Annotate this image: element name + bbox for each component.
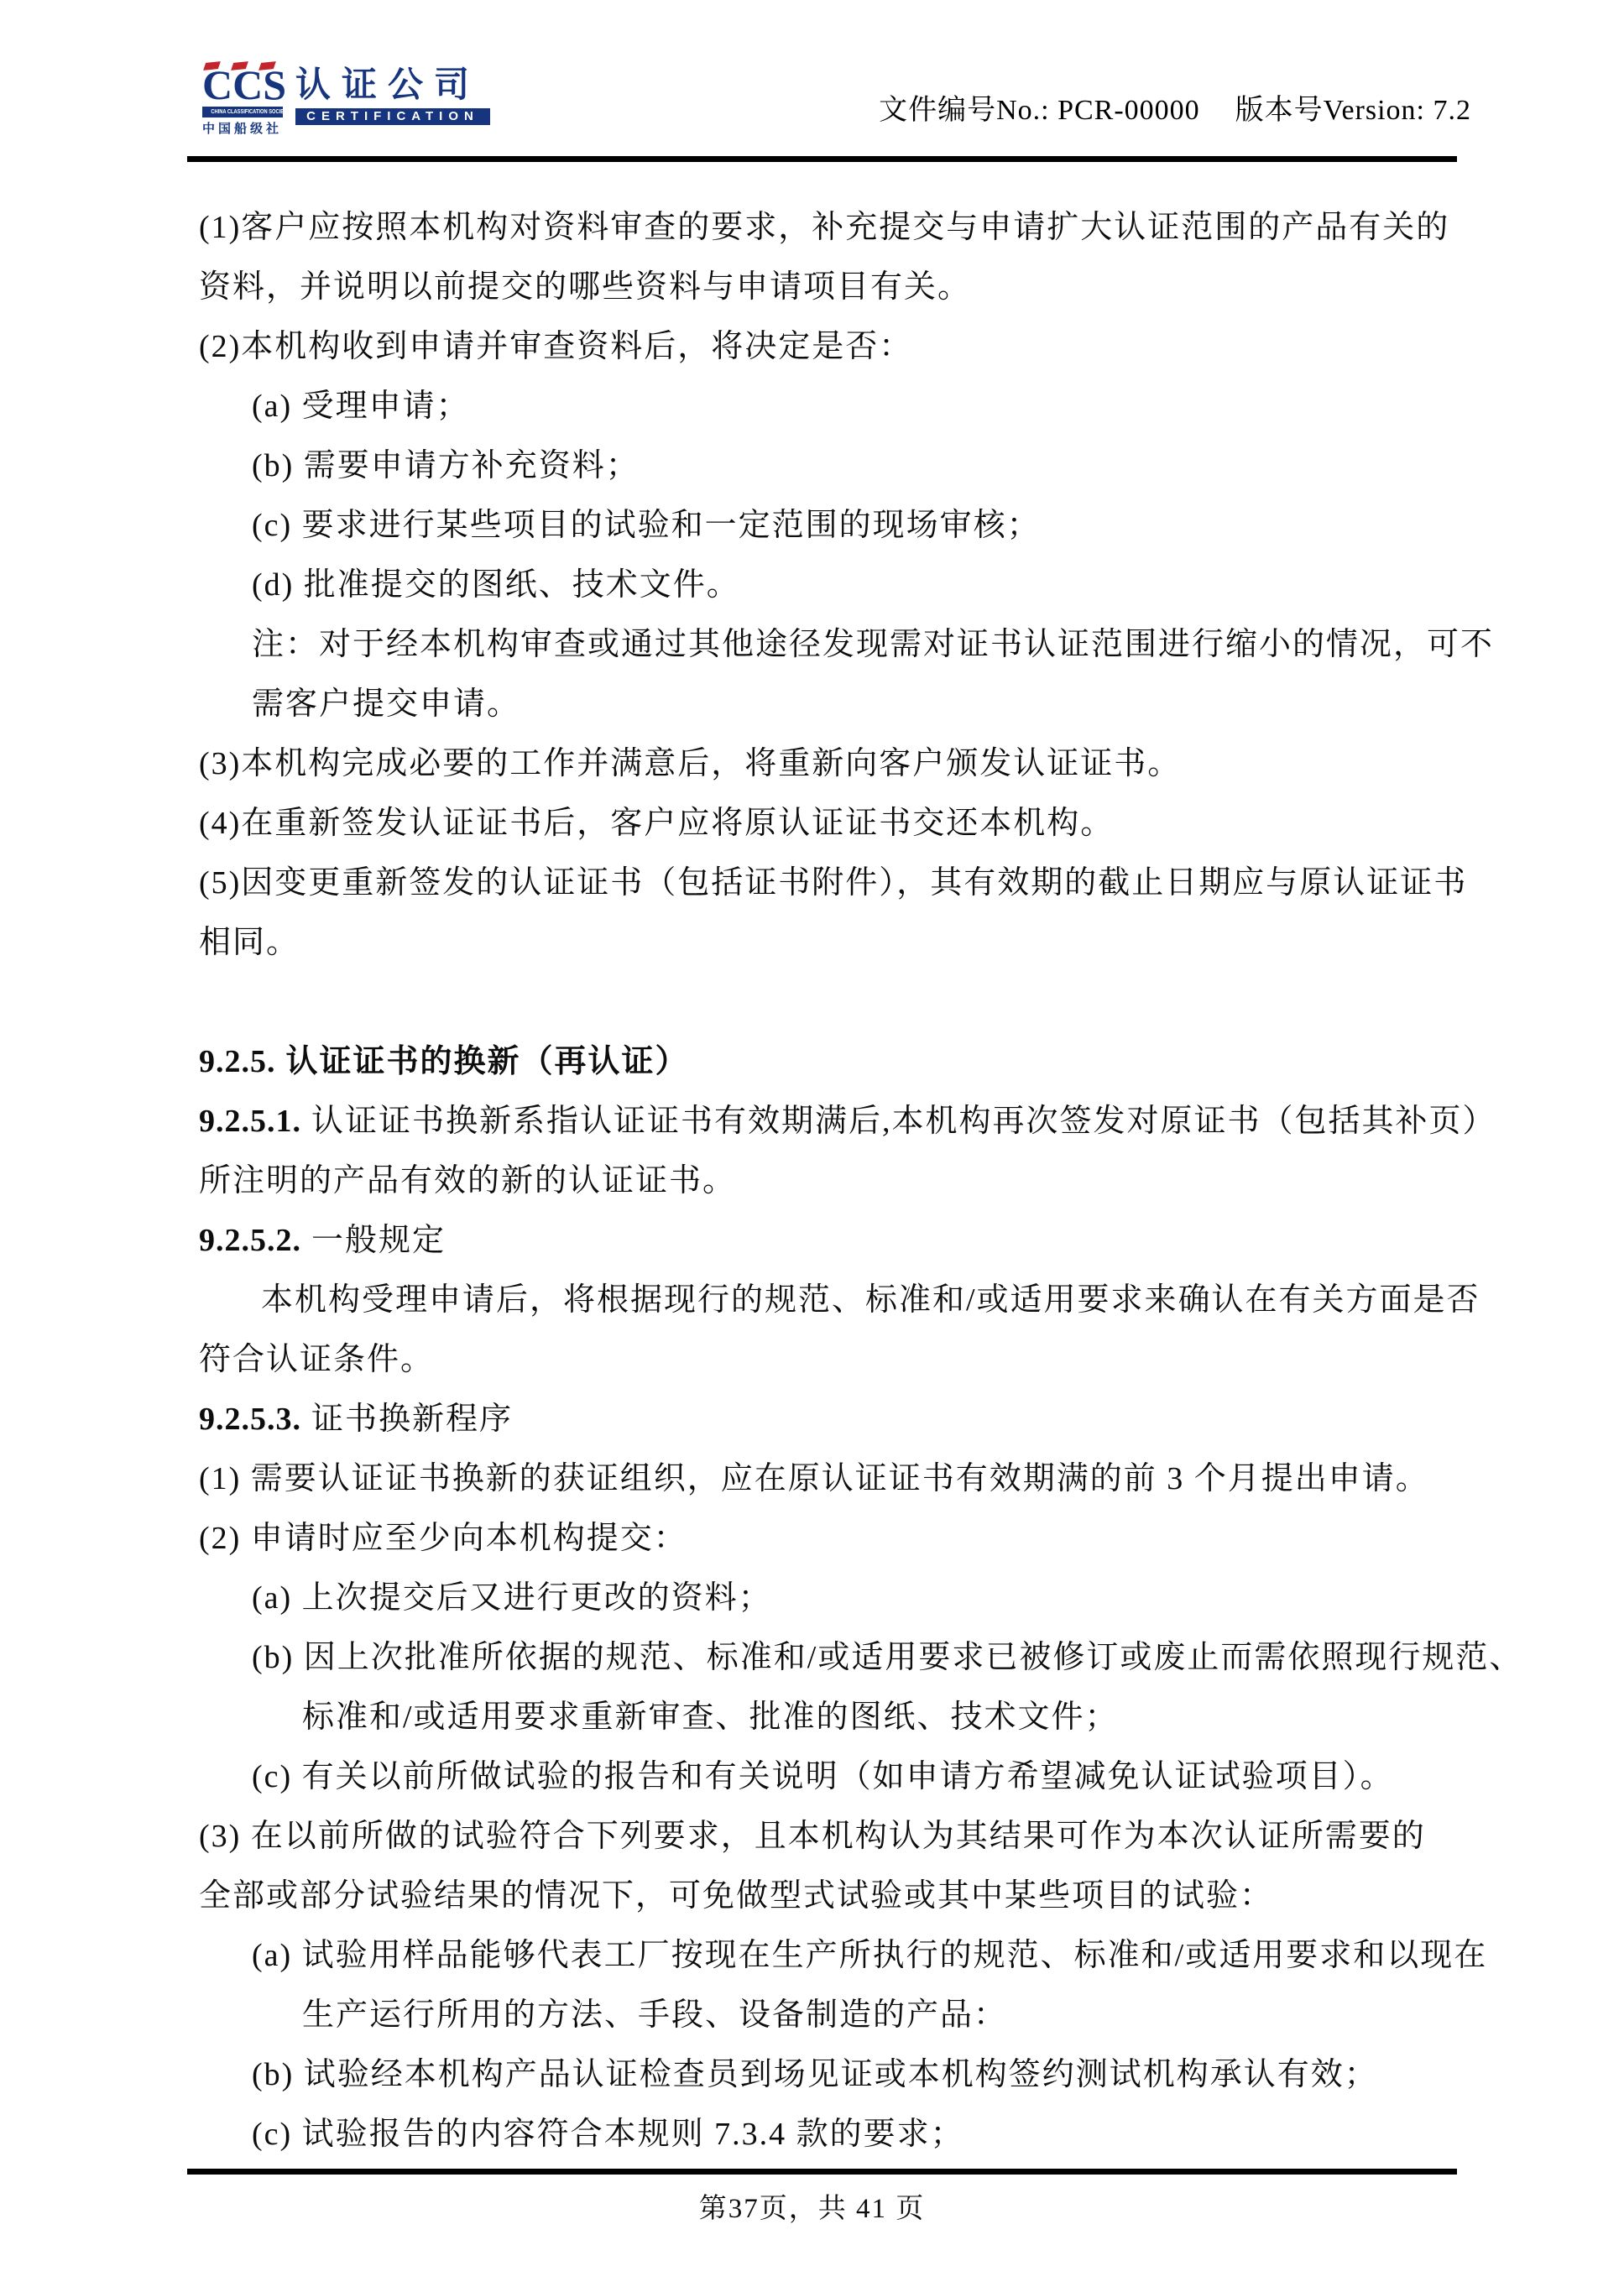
body-line: (2)本机构收到申请并审查资料后，将决定是否： [199,317,1475,377]
line-text: (5)因变更重新签发的认证证书（包括证书附件），其有效期的截止日期应与原认证证书 [199,865,1467,901]
line-text: 本机构受理申请后，将根据现行的规范、标准和/或适用要求来确认在有关方面是否 [261,1282,1480,1318]
body-line: (b) 试验经本机构产品认证检查员到场见证或本机构签约测试机构承认有效； [199,2045,1475,2105]
line-text: 注：对于经本机构审查或通过其他途径发现需对证书认证范围进行缩小的情况，可不 [252,627,1494,662]
line-text: (b) 因上次批准所依据的规范、标准和/或适用要求已被修订或废止而需依照现行规范… [252,1640,1522,1675]
body-line: 注：对于经本机构审查或通过其他途径发现需对证书认证范围进行缩小的情况，可不 [199,615,1475,675]
body-line: (a) 试验用样品能够代表工厂按现在生产所执行的规范、标准和/或适用要求和以现在 [199,1926,1475,1986]
body-line: 资料，并说明以前提交的哪些资料与申请项目有关。 [199,258,1475,317]
section-number: 9.2.5.1. [199,1104,301,1139]
footer-rule [187,2169,1457,2175]
line-text: (3) 在以前所做的试验符合下列要求，且本机构认为其结果可作为本次认证所需要的 [199,1819,1426,1854]
line-text: 证书换新程序 [311,1402,513,1437]
line-text: (1)客户应按照本机构对资料审查的要求，补充提交与申请扩大认证范围的产品有关的 [199,210,1449,245]
line-text: (a) 试验用样品能够代表工厂按现在生产所执行的规范、标准和/或适用要求和以现在 [252,1938,1487,1973]
section-number: 9.2.5.3. [199,1402,301,1437]
body-line: (a) 受理申请； [199,377,1475,436]
body-line: (c) 要求进行某些项目的试验和一定范围的现场审核； [199,496,1475,556]
body-line: 所注明的产品有效的新的认证证书。 [199,1151,1475,1211]
body-line: (d) 批准提交的图纸、技术文件。 [199,556,1475,615]
doc-version: 版本号Version: 7.2 [1235,95,1471,126]
body-line: 本机构受理申请后，将根据现行的规范、标准和/或适用要求来确认在有关方面是否 [199,1271,1475,1330]
ccs-logo: CCS CHINA CLASSIFICATION SOCIETY 中国船级社 [202,65,286,137]
body: (1)客户应按照本机构对资料审查的要求，补充提交与申请扩大认证范围的产品有关的资… [199,198,1475,2164]
body-line: (c) 有关以前所做试验的报告和有关说明（如申请方希望减免认证试验项目）。 [199,1747,1475,1807]
section-number: 9.2.5.2. [199,1223,301,1258]
body-line: 符合认证条件。 [199,1330,1475,1390]
body-line: (1) 需要认证证书换新的获证组织，应在原认证证书有效期满的前 3 个月提出申请… [199,1449,1475,1509]
header-rule [187,156,1457,162]
body-line: 9.2.5.2.一般规定 [199,1211,1475,1271]
body-line: (2) 申请时应至少向本机构提交： [199,1509,1475,1569]
ccs-society-label: CHINA CLASSIFICATION SOCIETY [211,107,290,117]
body-line: (3) 在以前所做的试验符合下列要求，且本机构认为其结果可作为本次认证所需要的 [199,1807,1475,1867]
line-text: 符合认证条件。 [199,1342,434,1377]
line-text: (a) 上次提交后又进行更改的资料； [252,1580,772,1616]
body-line: 9.2.5.3.证书换新程序 [199,1390,1475,1449]
line-text: (a) 受理申请； [252,389,470,424]
body-line: 9.2.5.认证证书的换新（再认证） [199,1032,1475,1092]
line-text: 相同。 [199,925,300,960]
ccs-chinese-name: 中国船级社 [202,119,283,137]
doc-number: 文件编号No.: PCR-00000 [879,95,1200,126]
document-page: CCS CHINA CLASSIFICATION SOCIETY 中国船级社 认… [0,0,1624,2287]
line-text: (c) 要求进行某些项目的试验和一定范围的现场审核； [252,508,1041,543]
line-text: (2) 申请时应至少向本机构提交： [199,1521,687,1556]
line-text: (3)本机构完成必要的工作并满意后，将重新向客户颁发认证证书。 [199,746,1181,781]
body-line: 9.2.5.1.认证证书换新系指认证证书有效期满后,本机构再次签发对原证书（包括… [199,1092,1475,1151]
body-line: 标准和/或适用要求重新审查、批准的图纸、技术文件； [199,1688,1475,1747]
body-line: (1)客户应按照本机构对资料审查的要求，补充提交与申请扩大认证范围的产品有关的 [199,198,1475,258]
section-number: 9.2.5. [199,1044,276,1079]
line-text: 认证证书的换新（再认证） [286,1044,689,1079]
certification-logo: 认证公司 CERTIFICATION [295,69,490,125]
line-text: 一般规定 [311,1223,446,1258]
header-meta: 文件编号No.: PCR-00000版本号Version: 7.2 [879,94,1471,128]
body-line: (b) 需要申请方补充资料； [199,436,1475,496]
body-line: 全部或部分试验结果的情况下，可免做型式试验或其中某些项目的试验： [199,1867,1475,1926]
body-blank-line [199,973,1475,1032]
brand-chinese-name: 认证公司 [295,69,490,102]
line-text: 标准和/或适用要求重新审查、批准的图纸、技术文件； [302,1700,1119,1735]
line-text: (c) 试验报告的内容符合本规则 7.3.4 款的要求； [252,2117,964,2152]
ccs-wordmark: CCS [202,65,286,104]
line-text: 生产运行所用的方法、手段、设备制造的产品： [302,1997,1007,2033]
body-line: 生产运行所用的方法、手段、设备制造的产品： [199,1986,1475,2045]
body-line: (5)因变更重新签发的认证证书（包括证书附件），其有效期的截止日期应与原认证证书 [199,854,1475,913]
line-text: (c) 有关以前所做试验的报告和有关说明（如申请方希望减免认证试验项目）。 [252,1759,1394,1794]
body-line: (b) 因上次批准所依据的规范、标准和/或适用要求已被修订或废止而需依照现行规范… [199,1628,1475,1688]
body-line: (3)本机构完成必要的工作并满意后，将重新向客户颁发认证证书。 [199,734,1475,794]
body-line: (a) 上次提交后又进行更改的资料； [199,1569,1475,1628]
line-text: (d) 批准提交的图纸、技术文件。 [252,567,740,603]
body-line: (c) 试验报告的内容符合本规则 7.3.4 款的要求； [199,2105,1475,2164]
line-text: (2)本机构收到申请并审查资料后，将决定是否： [199,329,912,364]
line-text: 所注明的产品有效的新的认证证书。 [199,1163,736,1198]
page-number: 第37页，共 41 页 [0,2190,1624,2227]
line-text: (4)在重新签发认证证书后，客户应将原认证证书交还本机构。 [199,806,1114,841]
line-text: 资料，并说明以前提交的哪些资料与申请项目有关。 [199,269,971,305]
line-text: (b) 试验经本机构产品认证检查员到场见证或本机构签约测试机构承认有效； [252,2057,1378,2092]
line-text: 认证证书换新系指认证证书有效期满后,本机构再次签发对原证书（包括其补页） [311,1104,1496,1139]
body-line: 需客户提交申请。 [199,675,1475,734]
body-line: 相同。 [199,913,1475,973]
body-line: (4)在重新签发认证证书后，客户应将原认证证书交还本机构。 [199,794,1475,854]
line-text: (1) 需要认证证书换新的获证组织，应在原认证证书有效期满的前 3 个月提出申请… [199,1461,1429,1496]
certification-bar: CERTIFICATION [295,108,490,125]
ccs-society-bar: CHINA CLASSIFICATION SOCIETY [202,107,283,117]
line-text: (b) 需要申请方补充资料； [252,448,640,483]
line-text: 需客户提交申请。 [252,687,520,722]
line-text: 全部或部分试验结果的情况下，可免做型式试验或其中某些项目的试验： [199,1878,1273,1914]
